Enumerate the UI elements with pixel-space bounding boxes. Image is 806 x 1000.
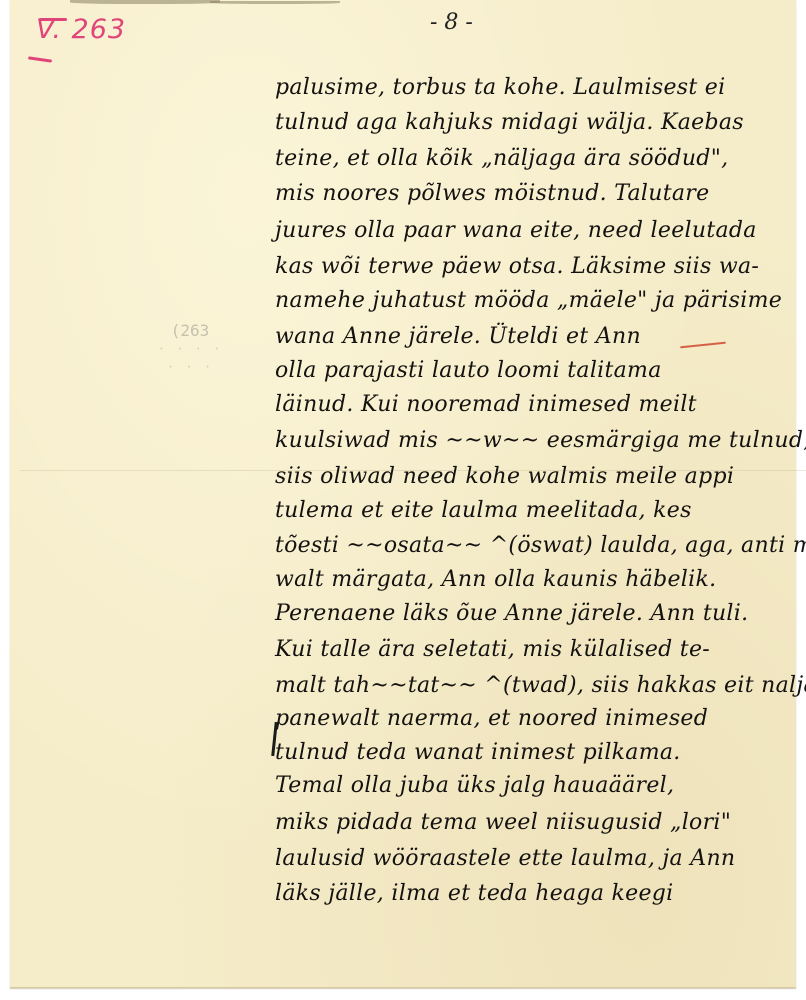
text-line: mis noores põlwes möistnud. Talutare (275, 181, 709, 206)
text-line: läks jälle, ilma et teda heaga keegi (275, 881, 674, 906)
text-line: kas wõi terwe päew otsa. Läksime siis wa… (275, 254, 759, 279)
text-line: Temal olla juba üks jalg hauaäärel, (275, 773, 674, 798)
text-line: tulema et eite laulma meelitada, kes (275, 498, 692, 523)
stamp-number: (263 (150, 322, 230, 340)
text-line: Kui talle ära seletati, mis külalised te… (275, 637, 710, 662)
text-line: juures olla paar wana eite, need leeluta… (275, 218, 757, 243)
stamp-faint-line: · · · (150, 358, 230, 376)
torn-edge-shadow (70, 0, 220, 4)
text-line: wana Anne järele. Üteldi et Ann (275, 324, 641, 349)
text-line: miks pidada tema weel niisugusid „lori" (275, 810, 731, 835)
catalog-mark: V. 263 (36, 14, 126, 45)
text-line: tulnud teda wanat inimest pilkama. (275, 740, 681, 765)
text-line: laulusid wööraastele ette laulma, ja Ann (275, 846, 735, 871)
text-line: namehe juhatust mööda „mäele" ja pärisim… (275, 288, 782, 313)
text-line: tulnud aga kahjuks midagi wälja. Kaebas (275, 110, 744, 135)
text-line: Perenaene läks õue Anne järele. Ann tuli… (275, 601, 748, 626)
text-line: tõesti ~~osata~~ ^(öswat) laulda, aga, a… (275, 533, 806, 558)
page-number: - 8 - (430, 10, 473, 35)
torn-edge-shadow (210, 1, 340, 4)
text-line: walt märgata, Ann olla kaunis häbelik. (275, 567, 716, 592)
text-line: palusime, torbus ta kohe. Laulmisest ei (275, 75, 725, 100)
text-line: siis oliwad need kohe walmis meile appi (275, 464, 734, 489)
text-line: läinud. Kui nooremad inimesed meilt (275, 392, 697, 417)
text-line: olla parajasti lauto loomi talitama (275, 358, 662, 383)
text-line: malt tah~~tat~~ ^(twad), siis hakkas eit… (275, 673, 806, 698)
archive-stamp: (263 · · · · · · · (150, 322, 230, 376)
text-line: teine, et olla kõik „näljaga ära söödud"… (275, 146, 728, 171)
stamp-faint-line: · · · · (150, 340, 230, 358)
text-line: panewalt naerma, et noored inimesed (275, 706, 708, 731)
text-line: kuulsiwad mis ~~w~~ eesmärgiga me tulnud… (275, 428, 806, 453)
